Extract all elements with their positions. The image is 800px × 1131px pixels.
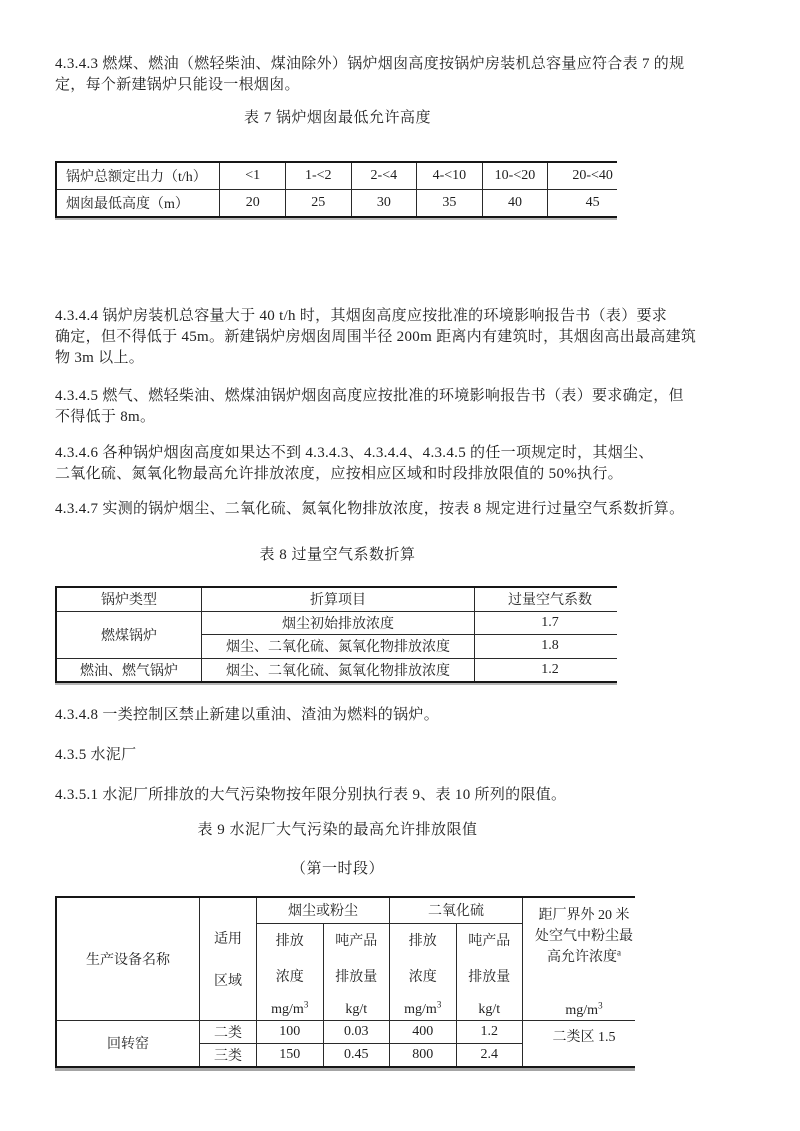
unit-label: kg/t (345, 1002, 367, 1018)
table8-type-cell: 燃油、燃气锅炉 (56, 658, 202, 682)
paragraph-4348: 4.3.4.8 一类控制区禁止新建以重油、渣油为燃料的锅炉。 (55, 705, 780, 726)
table9-data-row: 回转窑 二类 100 0.03 400 1.2 二类区 1.5 (56, 1020, 635, 1043)
table9-subtitle: （第一时段） (55, 859, 620, 880)
table9-header-equipment: 生产设备名称 (56, 897, 200, 1020)
paragraph-line: 4.3.5.1 水泥厂所排放的大气污染物按年限分别执行表 9、表 10 所列的限… (55, 785, 780, 806)
paragraph-line: 二氧化硫、氮氧化物最高允许排放浓度，应按相应区域和时段排放限值的 50%执行。 (55, 464, 780, 485)
paragraph-4346: 4.3.4.6 各种锅炉烟囱高度如果达不到 4.3.4.3、4.3.4.4、4.… (55, 443, 780, 485)
table8-header-type: 锅炉类型 (56, 587, 202, 611)
boundary-header-line: 距厂界外 20 米 (535, 905, 633, 926)
table7-header-output: 锅炉总额定出力（t/h） (56, 162, 220, 190)
table9-boundary-value-cell: 二类区 1.5 (523, 1020, 636, 1067)
table8-header-item: 折算项目 (202, 587, 475, 611)
paragraph-line: 物 3m 以上。 (55, 348, 780, 369)
table7-range-cell: 4-<10 (417, 162, 483, 190)
paragraph-line: 4.3.4.4 锅炉房装机总容量大于 40 t/h 时，其烟囱高度应按批准的环境… (55, 306, 780, 327)
table7-title: 表 7 锅炉烟囱最低允许高度 (55, 108, 620, 129)
table7-range-cell: 20-<40 (548, 162, 617, 190)
paragraph-4343: 4.3.4.3 燃煤、燃油（燃轻柴油、煤油除外）锅炉烟囱高度按锅炉房装机总容量应… (55, 54, 780, 96)
boundary-header-line: 高允许浓度a (535, 947, 633, 968)
table8-item-cell: 烟尘、二氧化硫、氮氧化物排放浓度 (202, 635, 475, 659)
table9-header-boundary: 距厂界外 20 米 处空气中粉尘最 高允许浓度a mg/m3 (523, 897, 636, 1020)
table9-value-cell: 800 (390, 1043, 457, 1067)
table7-range-cell: 1-<2 (285, 162, 351, 190)
paragraph-4345: 4.3.4.5 燃气、燃轻柴油、燃煤油锅炉烟囱高度应按批准的环境影响报告书（表）… (55, 386, 780, 428)
paragraph-line: 4.3.4.3 燃煤、燃油（燃轻柴油、煤油除外）锅炉烟囱高度按锅炉房装机总容量应… (55, 54, 780, 75)
table9-group-header-row: 生产设备名称 适用 区域 烟尘或粉尘 二氧化硫 距厂界外 20 米 处空气中粉尘… (56, 897, 635, 923)
table9-subheader-so2-conc: 排放 浓度 mg/m3 (390, 923, 457, 1020)
paragraph-line: 不得低于 8m。 (55, 407, 780, 428)
table8-type-cell: 燃煤锅炉 (56, 611, 202, 658)
table8-coef-cell: 1.2 (475, 658, 618, 682)
zone-label-line: 适用 (214, 928, 242, 948)
paragraph-4351: 4.3.5.1 水泥厂所排放的大气污染物按年限分别执行表 9、表 10 所列的限… (55, 785, 780, 806)
heading-435-cement-plant: 4.3.5 水泥厂 (55, 745, 780, 766)
unit-label: mg/m3 (271, 1002, 308, 1018)
table9-value-cell: 100 (257, 1020, 324, 1043)
table7-height-cell: 45 (548, 190, 617, 218)
paragraph-line: 4.3.4.7 实测的锅炉烟尘、二氧化硫、氮氧化物排放浓度，按表 8 规定进行过… (55, 499, 780, 520)
table7-range-cell: <1 (220, 162, 286, 190)
unit-label: mg/m3 (404, 1002, 441, 1018)
table9-equipment-cell: 回转窑 (56, 1020, 200, 1067)
table7-height-cell: 40 (482, 190, 548, 218)
paragraph-line: 确定，但不得低于 45m。新建锅炉房烟囱周围半径 200m 距离内有建筑时，其烟… (55, 327, 780, 348)
paragraph-4344: 4.3.4.4 锅炉房装机总容量大于 40 t/h 时，其烟囱高度应按批准的环境… (55, 306, 780, 369)
table9-value-cell: 0.45 (323, 1043, 390, 1067)
unit-label: kg/t (478, 1002, 500, 1018)
table8-item-cell: 烟尘初始排放浓度 (202, 611, 475, 635)
table9-zone-cell: 二类 (200, 1020, 257, 1043)
table9-value-cell: 400 (390, 1020, 457, 1043)
table7-value-row: 烟囱最低高度（m） 20 25 30 35 40 45 (56, 190, 617, 218)
table7-height-cell: 25 (285, 190, 351, 218)
table9-subheader-dust-conc: 排放 浓度 mg/m3 (257, 923, 324, 1020)
paragraph-4347: 4.3.4.7 实测的锅炉烟尘、二氧化硫、氮氧化物排放浓度，按表 8 规定进行过… (55, 499, 780, 520)
table9-value-cell: 150 (257, 1043, 324, 1067)
paragraph-line: 4.3.4.6 各种锅炉烟囱高度如果达不到 4.3.4.3、4.3.4.4、4.… (55, 443, 780, 464)
table7-header-row: 锅炉总额定出力（t/h） <1 1-<2 2-<4 4-<10 10-<20 2… (56, 162, 617, 190)
document-page: 4.3.4.3 燃煤、燃油（燃轻柴油、煤油除外）锅炉烟囱高度按锅炉房装机总容量应… (0, 0, 800, 1131)
table9-group-dust: 烟尘或粉尘 (257, 897, 390, 923)
table8-excess-air: 锅炉类型 折算项目 过量空气系数 燃煤锅炉 烟尘初始排放浓度 1.7 烟尘、二氧… (55, 586, 617, 683)
table8-title: 表 8 过量空气系数折算 (55, 545, 620, 566)
boundary-unit: mg/m3 (565, 1003, 602, 1019)
table9-value-cell: 2.4 (456, 1043, 523, 1067)
zone-label-line: 区域 (214, 970, 242, 990)
table8-header-coef: 过量空气系数 (475, 587, 618, 611)
boundary-header-line: 处空气中粉尘最 (535, 926, 633, 947)
table7-header-height: 烟囱最低高度（m） (56, 190, 220, 218)
table7-height-cell: 35 (417, 190, 483, 218)
paragraph-line: 4.3.4.5 燃气、燃轻柴油、燃煤油锅炉烟囱高度应按批准的环境影响报告书（表）… (55, 386, 780, 407)
paragraph-line: 4.3.4.8 一类控制区禁止新建以重油、渣油为燃料的锅炉。 (55, 705, 780, 726)
table8-coef-cell: 1.8 (475, 635, 618, 659)
paragraph-line: 定，每个新建锅炉只能设一根烟囱。 (55, 75, 780, 96)
table9-value-cell: 0.03 (323, 1020, 390, 1043)
table9-cement-limits: 生产设备名称 适用 区域 烟尘或粉尘 二氧化硫 距厂界外 20 米 处空气中粉尘… (55, 896, 635, 1068)
table7-range-cell: 10-<20 (482, 162, 548, 190)
footnote-marker: a (617, 947, 621, 957)
table7-height-cell: 20 (220, 190, 286, 218)
table8-coef-cell: 1.7 (475, 611, 618, 635)
table9-title: 表 9 水泥厂大气污染的最高允许排放限值 (55, 820, 620, 841)
table7-range-cell: 2-<4 (351, 162, 417, 190)
table9-zone-cell: 三类 (200, 1043, 257, 1067)
table9-subheader-so2-amount: 吨产品 排放量 kg/t (456, 923, 523, 1020)
table9-header-zone: 适用 区域 (200, 897, 257, 1020)
table9-group-so2: 二氧化硫 (390, 897, 523, 923)
table8-item-cell: 烟尘、二氧化硫、氮氧化物排放浓度 (202, 658, 475, 682)
table9-subheader-dust-amount: 吨产品 排放量 kg/t (323, 923, 390, 1020)
table9-value-cell: 1.2 (456, 1020, 523, 1043)
table7-height-cell: 30 (351, 190, 417, 218)
table8-header-row: 锅炉类型 折算项目 过量空气系数 (56, 587, 617, 611)
table8-row: 燃油、燃气锅炉 烟尘、二氧化硫、氮氧化物排放浓度 1.2 (56, 658, 617, 682)
table8-row: 燃煤锅炉 烟尘初始排放浓度 1.7 (56, 611, 617, 635)
paragraph-line: 4.3.5 水泥厂 (55, 745, 780, 766)
table7-chimney-height: 锅炉总额定出力（t/h） <1 1-<2 2-<4 4-<10 10-<20 2… (55, 161, 617, 218)
